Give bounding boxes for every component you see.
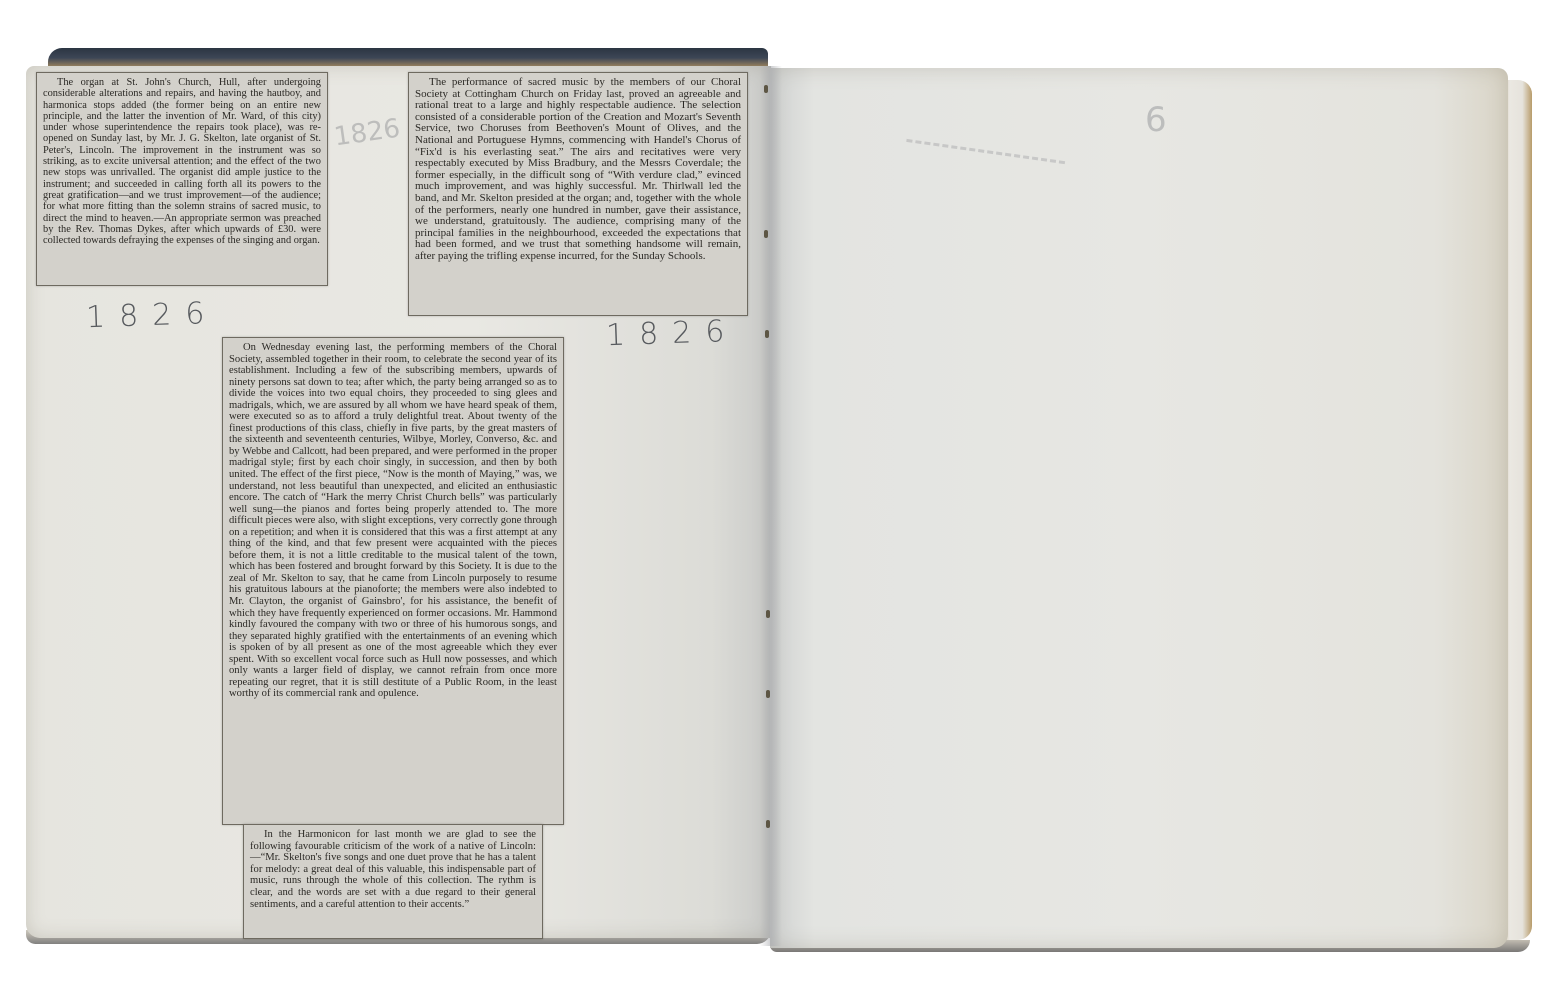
handwritten-year: 1826	[85, 296, 219, 336]
faint-pencil-mark: 6	[1145, 100, 1167, 140]
clipping-paragraph: In the Harmonicon for last month we are …	[250, 829, 536, 910]
binding-stitch	[766, 610, 770, 618]
book-gutter	[760, 66, 782, 946]
binding-stitch	[766, 690, 770, 698]
clipping-paragraph: The performance of sacred music by the m…	[415, 77, 741, 263]
right-page	[770, 68, 1508, 948]
binding-stitch	[764, 85, 768, 93]
handwritten-year: 1826	[605, 314, 739, 354]
binding-stitch	[766, 820, 770, 828]
clipping-paragraph: On Wednesday evening last, the performin…	[229, 342, 557, 700]
clipping-cottingham-sacred-music: The performance of sacred music by the m…	[408, 72, 748, 316]
clipping-harmonicon-review: In the Harmonicon for last month we are …	[243, 824, 543, 939]
binding-stitch	[765, 330, 769, 338]
clipping-paragraph: The organ at St. John's Church, Hull, af…	[43, 77, 321, 246]
open-scrapbook: The organ at St. John's Church, Hull, af…	[0, 0, 1563, 1000]
binding-stitch	[764, 230, 768, 238]
clipping-choral-society-anniversary: On Wednesday evening last, the performin…	[222, 337, 564, 825]
clipping-organ-st-johns: The organ at St. John's Church, Hull, af…	[36, 72, 328, 286]
